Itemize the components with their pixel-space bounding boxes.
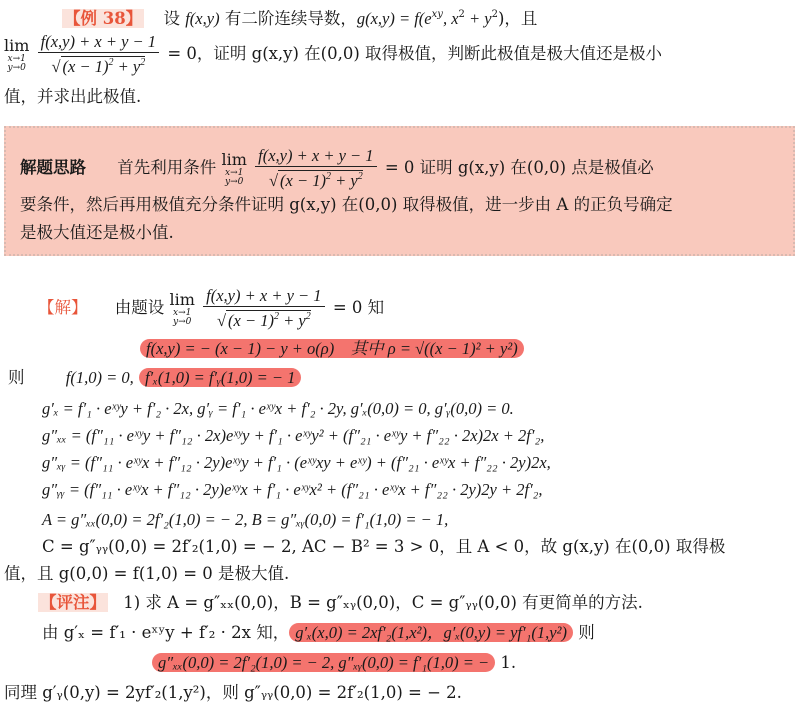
example-claim-text: = 0，证明 g(x,y) 在(0,0) 取得极值，判断此极值是极大值还是极小 (167, 44, 662, 63)
example-intro-text: 设 f(x,y) 有二阶连续导数，g(x,y) = f(exy, x2 + y2… (163, 9, 537, 28)
highlighted-second-partials: g″ₓₓ(0,0) = 2f′₂(1,0) = − 2, g″ₓᵧ(0,0) =… (152, 653, 495, 672)
solution-highlight-1: f(x,y) = − (x − 1) − y + o(ρ) 其中 ρ = √((… (140, 338, 524, 360)
remark-line-1: 【评注】 1) 求 A = g″ₓₓ(0,0)，B = g″ₓᵧ(0,0)，C … (38, 592, 643, 614)
example-line-3: 值，并求出此极值. (4, 86, 141, 108)
hint-line-1: 解题思路 首先利用条件 lim x→1 y→0 f(x,y) + x + y −… (20, 146, 654, 191)
limit-fraction: f(x,y) + x + y − 1 √(x − 1)2 + y2 (38, 32, 159, 77)
equation-C-discriminant: C = g″ᵧᵧ(0,0) = 2f′₂(1,0) = − 2, AC − B²… (42, 536, 725, 558)
hint-line-3: 是极大值还是极小值. (20, 222, 174, 244)
solution-limit-fraction: f(x,y) + x + y − 1 √(x − 1)2 + y2 (203, 286, 324, 331)
hint-label: 解题思路 (20, 158, 86, 177)
hint-limit-operator: lim x→1 y→0 (222, 151, 247, 187)
example-line-1: 【例 38】 设 f(x,y) 有二阶连续导数，g(x,y) = f(exy, … (62, 4, 537, 30)
solution-conclusion: 值，且 g(0,0) = f(1,0) = 0 是极大值. (4, 563, 289, 585)
solution-line-1: 【解】 由题设 lim x→1 y→0 f(x,y) + x + y − 1 √… (38, 286, 384, 331)
equation-gxx: g″ₓₓ = (f″₁₁ · eˣʸy + f″₁₂ · 2x)eˣʸy + f… (42, 425, 544, 447)
remark-tag: 【评注】 (38, 593, 108, 612)
example-line-2: lim x→1 y→0 f(x,y) + x + y − 1 √(x − 1)2… (4, 32, 662, 77)
highlighted-gx-restrictions: g′ₓ(x,0) = 2xf′₂(1,x²)，g′ₓ(0,y) = yf′₁(1… (289, 623, 573, 642)
remark-line-4: 同理 g′ᵧ(0,y) = 2yf′₂(1,y²)，则 g″ᵧᵧ(0,0) = … (4, 682, 462, 704)
highlighted-expansion: f(x,y) = − (x − 1) − y + o(ρ) 其中 ρ = √((… (140, 339, 524, 358)
solution-then-line: 则 f(1,0) = 0, f′ₓ(1,0) = f′ᵧ(1,0) = − 1 (8, 367, 301, 389)
solution-limit-operator: lim x→1 y→0 (170, 291, 195, 327)
remark-line-2: 由 g′ₓ = f′₁ · eˣʸy + f′₂ · 2x 知，g′ₓ(x,0)… (42, 622, 595, 644)
example-tag: 【例 38】 (62, 9, 144, 28)
highlighted-partials: f′ₓ(1,0) = f′ᵧ(1,0) = − 1 (139, 368, 301, 387)
equation-gxy: g″ₓᵧ = (f″₁₁ · eˣʸx + f″₁₂ · 2y)eˣʸy + f… (42, 452, 551, 474)
hint-line-2: 要条件，然后再用极值充分条件证明 g(x,y) 在(0,0) 取得极值，进一步由… (20, 194, 673, 216)
solution-tag: 【解】 (38, 298, 88, 317)
limit-operator: lim x→1 y→0 (4, 37, 29, 73)
equation-gyy: g″ᵧᵧ = (f″₁₁ · eˣʸx + f″₁₂ · 2y)eˣʸx + f… (42, 479, 543, 501)
equation-A-B: A = g″ₓₓ(0,0) = 2f′₂(1,0) = − 2, B = g″ₓ… (42, 509, 448, 531)
hint-limit-fraction: f(x,y) + x + y − 1 √(x − 1)2 + y2 (255, 146, 376, 191)
remark-line-3: g″ₓₓ(0,0) = 2f′₂(1,0) = − 2, g″ₓᵧ(0,0) =… (152, 652, 516, 674)
equation-gx-gy: g′ₓ = f′₁ · eˣʸy + f′₂ · 2x, g′ᵧ = f′₁ ·… (42, 398, 514, 420)
